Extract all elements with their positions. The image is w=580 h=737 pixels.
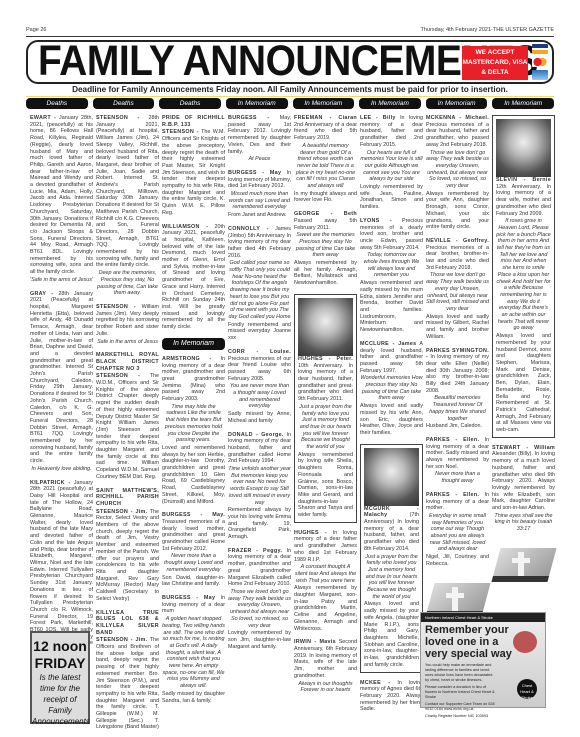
notice-signoff: Always loved and remembered by your husb…	[496, 333, 551, 433]
notice-text: In loving memory of a dear mother, grand…	[162, 356, 225, 402]
column-8: SLEVIN - Bernie 12th Anniversary. In lov…	[492, 115, 555, 596]
notice-signoff: Nigel, Jill, Courtney and Rebecca.	[426, 554, 489, 567]
notice-text: Precious memories of our dear friend Lou…	[228, 356, 291, 382]
notice-verse: Those we love don't go away They walk be…	[426, 150, 489, 190]
notice-name: STEENSON -	[96, 373, 140, 379]
notice-name: ARMSTRONG -	[162, 356, 211, 362]
notice-text: The Officers and Brethren of the above l…	[96, 637, 159, 730]
notice-name: FREEMAN - Ciaran	[294, 115, 357, 121]
notice-text: The W.D.M., Officers and Sir Knights of …	[96, 373, 159, 480]
notice-heading: MARKETHILL ROYAL BLACK DISTRICT CHAPTER …	[96, 352, 159, 372]
notice-name: STEENSON -	[96, 304, 136, 310]
payment-notice: WE ACCEPT MASTERCARD, VISA & DELTA	[462, 46, 528, 80]
column-3: PRIDE OF RICHHILL R.B.P. 133 STEENSON - …	[162, 115, 225, 711]
notice: STEWART - William Alexander (Billy). In …	[492, 445, 555, 533]
notice-text: 2nd Anniversary of a dear friend who die…	[294, 122, 357, 141]
notice-signoff: Always remembered by loving wife Sheila,…	[298, 452, 353, 518]
notice: CONNOLLY - James (Jimbo) 5th Anniversary…	[228, 226, 291, 342]
notice: NEVILLE - Geoffrey. Precious memories of…	[426, 238, 489, 341]
column-header-in-memoriam: In Memoriam	[162, 338, 225, 350]
notice: LYONS - Precious memories of a dearly lo…	[360, 218, 423, 334]
notice-signoff: Always loved and sadly missed by his wif…	[360, 403, 423, 436]
notice-signoff: Always remembered by all her family. Arm…	[294, 260, 357, 286]
notice-name: STEWART - William	[492, 445, 555, 451]
notice-signoff: Lovingly remembered by wife Jean, Paulin…	[360, 184, 423, 210]
notice: GEORGE - Beth Passed away 5th February 2…	[294, 211, 357, 287]
notice: GRAY - 28th January 2021 (Peacefully) at…	[30, 291, 93, 473]
notice-name: BURGESS -	[228, 115, 269, 121]
notice-signoff: Sadly missed by daughter Sandra, Ian & f…	[162, 691, 225, 704]
notice-verse: Missed much more than words can say Love…	[228, 191, 291, 211]
column-header-in-memoriam: In Memoriam	[492, 98, 554, 109]
notice-name: GEORGE - Beth	[294, 211, 357, 217]
notice-signoff: Always remembered by daughter Margaret, …	[294, 585, 357, 631]
notice: PARKES SYMINGTON. - In loving memory of …	[426, 348, 489, 430]
notice-signoff: Son David, daughter-in-law Christine and…	[162, 575, 225, 588]
notice-text: May, passed away 1st February 2012. Lovi…	[228, 115, 291, 155]
notice-name: STEENSON - Jim.	[96, 637, 147, 643]
notice-verse: Always in our thoughts Forever in our he…	[294, 681, 357, 694]
cross-icon	[452, 587, 458, 611]
notice-verse: A constant thought A silent tear And alw…	[294, 564, 357, 584]
cross-icon	[518, 552, 524, 576]
notice-name: MCKENNA - Michael.	[426, 115, 489, 121]
notice-verse: Safe in the arms of Jesus	[96, 339, 159, 346]
notice: MCKENNA - Michael. Precious memories of …	[426, 115, 489, 231]
notice-verse: Just a prayer from the family who love y…	[298, 404, 353, 451]
notice-verse: A golden heart stopped beating, Two will…	[162, 616, 225, 690]
deadline-time: 12 noon	[32, 638, 88, 655]
notice-signoff: In my thought always and forever love Fl…	[294, 191, 357, 204]
notice-name: NEVILLE - Geoffrey.	[426, 238, 489, 244]
portrait-photo	[496, 119, 551, 177]
notice-verse: Never more than a thought away	[426, 471, 489, 484]
portrait-photo	[298, 298, 353, 356]
notice-verse: Those we loved don't go away They walk b…	[228, 589, 291, 629]
notice-name: KILPATRICK -	[30, 480, 71, 486]
charity-advert[interactable]: Northern Ireland Chest Heart & Stroke Re…	[420, 612, 546, 708]
notice-text: (7th Anniversary) In loving memory of a …	[364, 512, 419, 552]
notice-name: PARKES - Ellen.	[426, 437, 479, 443]
page-header: Page 26 Thursday, 4th February 2021-THE …	[26, 27, 554, 37]
notice-text: The Rector, Select Vestry and Members of…	[96, 509, 159, 602]
notice: BURGESS - May. Treasured memories of a d…	[162, 512, 225, 588]
visa-icon	[532, 44, 548, 54]
notice-name: HUGHES -	[294, 530, 327, 536]
notice: MCKEE - In loving memory of Agnes died 6…	[360, 680, 423, 714]
notice-signoff: Always remembered by your wife Ann, daug…	[426, 191, 489, 231]
notice-verse: Never more than a thought away Loved and…	[162, 553, 225, 573]
notice-name: LYONS -	[360, 218, 392, 224]
notice-name: EWART -	[30, 115, 56, 121]
column-header-deaths: Deaths	[159, 98, 221, 109]
notice-verse: Those we love don't go away They walk be…	[426, 272, 489, 312]
notice-text: 28th January 2021 (Peacefully) at hospit…	[30, 291, 93, 465]
column-2: STEENSON - 28th January 2021, (Peacefull…	[96, 115, 159, 737]
notice-name: SLEVIN - Bernie	[496, 177, 551, 183]
notice: KILLYLEA TRUE BLUES LOL 638 & KILLYLEA S…	[96, 610, 159, 732]
notice-text: Precious memories of a dear husband, fat…	[426, 122, 489, 148]
notice-verse: Wonderful memories How precious they sta…	[360, 375, 423, 402]
notice-text: Alexander (Billy). In loving memory of a…	[492, 451, 555, 511]
bible-graphic	[492, 540, 555, 590]
notice-text: Precious memories of a dear brother, bro…	[426, 245, 489, 271]
notice-name: DONALD - George.	[228, 432, 284, 438]
notice: STEENSON - 28th January 2021, (Peacefull…	[96, 115, 159, 297]
notice: STEENSON - William James (Jim). Very dee…	[96, 304, 159, 345]
notice-name: FRAZER - Peggy.	[228, 548, 282, 554]
notice-verse: In Heavenly love abiding.	[30, 466, 93, 473]
charity-logo: Chest Heart & Stroke	[517, 679, 537, 699]
notice-signoff: Fondly remembered and missed everyday Jo…	[228, 322, 291, 341]
notice: MCCLURE - James A dearly loved husband, …	[360, 341, 423, 437]
notice-name: BURGESS - May	[162, 595, 215, 601]
notice-name: MCCLURE - James	[360, 341, 416, 347]
notice-name: GRAY -	[30, 291, 54, 297]
notice-verse: If roses grow in Heaven Lord, Please pic…	[496, 218, 551, 332]
notice-signoff: From Janet and Andrew.	[228, 212, 286, 218]
notice-name: CORR - Louise.	[228, 349, 291, 355]
notice-name: MCKEE -	[360, 680, 390, 686]
notice-verse: At Peace	[228, 156, 291, 163]
column-1: EWART - January 28th, 2021, (peacefully)…	[30, 115, 93, 675]
notice-text: 10th Anniversary. In loving memory of a …	[298, 363, 353, 403]
notice-verse: Our hearts are full of memories Your lov…	[360, 150, 423, 184]
notice: DONALD - George. In loving memory of my …	[228, 432, 291, 541]
dateline: Thursday, 4th February 2021-THE ULSTER G…	[421, 27, 554, 36]
notice: IRWIN - Mavis Second Anniversary, 6th Fe…	[294, 639, 357, 694]
notice: FREEMAN - Ciaran 2nd Anniversary of a de…	[294, 115, 357, 204]
notice-verse: Everyday in some small way Memories of y…	[426, 513, 489, 553]
ad-org: Northern Ireland Chest Heart & Stroke	[421, 613, 545, 622]
notice-name: CONNOLLY -	[228, 226, 269, 232]
notice-name: STEENSON -	[96, 115, 139, 121]
column-4: BURGESS - May, passed away 1st February …	[228, 115, 291, 657]
ad-contact: Contact our Supporter Care Team on 028 9…	[421, 701, 501, 713]
notice-verse: Sweet are the memories Precious they sta…	[294, 232, 357, 259]
column-5: FREEMAN - Ciaran 2nd Anniversary of a de…	[294, 115, 357, 701]
notice: PARKES - Ellen. In loving memory of a de…	[426, 492, 489, 568]
notice-signoff: Husband Jim, Caledon.	[426, 423, 482, 429]
notice-text: Passed away 5th February 2011.	[294, 218, 357, 231]
ad-body: You could help make an immediate and las…	[421, 662, 501, 684]
ad-donate: Please consider a donation in lieu of fl…	[421, 684, 501, 701]
notice-verse: Time may hide the sadness Like the smile…	[162, 404, 225, 444]
card-logos	[532, 44, 548, 80]
notice-verse: God called your name so softly That only…	[228, 260, 291, 320]
notice-name: HUGHES - Peter.	[298, 356, 353, 362]
notice-text: In loving memory of a dear mother, grand…	[228, 548, 291, 588]
notice-verse: Beautiful memories Treasured forever Of …	[426, 395, 489, 422]
notice-name: BURGESS - May.	[162, 512, 225, 518]
notice-name: STEENSON -	[162, 129, 199, 135]
notice-verse: You are never more than a thought away L…	[228, 383, 291, 410]
ad-charity-number: Charity Register Number NIC 103593	[421, 713, 501, 720]
delta-icon	[532, 70, 548, 80]
notice-name: WILLIAMSON -	[162, 224, 208, 230]
notice-signoff: Always loved and sadly missed by Gilbert…	[426, 314, 489, 340]
notice: PRIDE OF RICHHILL R.B.P. 133 STEENSON - …	[162, 115, 225, 217]
column-headers: Deaths Deaths Deaths In Memoriam In Memo…	[26, 98, 554, 109]
notice: BURGESS - May In loving memory of a dear…	[162, 595, 225, 704]
notice-signoff: Sadly missed by Anne, Micheal and family	[228, 411, 291, 424]
deadline-day: FRIDAY	[32, 655, 88, 672]
notice-signoff: Loved and remembered always by her son H…	[162, 445, 225, 505]
notice-signoff: Always loved and sadly missed by your wi…	[364, 601, 419, 667]
notice-signoff: Lovingly remembered by son Jim, daughter…	[228, 630, 291, 649]
column-header-deaths: Deaths	[93, 98, 155, 109]
mastercard-icon	[532, 57, 548, 67]
notice: LEE - Billy In loving memory of a dear h…	[360, 115, 423, 211]
notice-heading: SAINT MATTHEW'S, RICHHILL PARISH CHURCH	[96, 488, 159, 508]
notice-text: Second Anniversary, 6th February 2019. I…	[294, 639, 357, 679]
notice-text: The W.M. Officers and Sir Knights of the…	[162, 129, 225, 215]
notice: PARKES - Ellen. In loving memory of a de…	[426, 437, 489, 485]
section-banner: FAMILY ANNOUNCEMENTS WE ACCEPT MASTERCAR…	[26, 40, 554, 84]
notice: BURGESS - May, passed away 1st February …	[228, 115, 291, 163]
notice-text: Treasured memories of a dearly loved mot…	[162, 519, 225, 552]
deadline-box: 12 noon FRIDAY Is the latest time for th…	[30, 631, 90, 724]
page-number: Page 26	[26, 27, 47, 36]
book-icon	[491, 548, 556, 582]
deadline-notice: Deadline for Family Announcements Friday…	[26, 85, 554, 97]
column-6: LEE - Billy In loving memory of a dear h…	[360, 115, 423, 720]
notice-text: 12th Anniversary. In loving memory of a …	[496, 184, 551, 217]
notice: HUGHES - In loving memory of a dear fath…	[294, 530, 357, 633]
notice: BURGESS - May In loving memory of Mummy,…	[228, 170, 291, 219]
column-7: MCKENNA - Michael. Precious memories of …	[426, 115, 489, 631]
heart-icon	[513, 631, 537, 653]
notice-name: BURGESS - May	[228, 170, 281, 176]
notice-verse: Today, tomorrow our whole lives through …	[360, 252, 423, 279]
notice-name: STEENSON - Jim.	[96, 509, 147, 515]
notice-heading: KILLYLEA TRUE BLUES LOL 638 & KILLYLEA S…	[96, 610, 159, 637]
notice-text: 20th January 2021, peacefully at hospita…	[162, 224, 225, 331]
notice-with-photo: SLEVIN - Bernie 12th Anniversary. In lov…	[492, 115, 555, 438]
notice-name: PARKES - Ellen.	[426, 492, 479, 498]
notice-text: January 28th 2021 (peacefully) at Daisy …	[30, 480, 93, 654]
notice-verse: 'Safe in the arms of Jesus'	[30, 277, 93, 284]
notice: SAINT MATTHEW'S, RICHHILL PARISH CHURCH …	[96, 488, 159, 603]
notice-name: IRWIN - Mavis	[294, 639, 336, 645]
notice-text: January 28th, 2021, (peacefully) at his …	[30, 115, 93, 275]
notice: EWART - January 28th, 2021, (peacefully)…	[30, 115, 93, 284]
notice: WILLIAMSON - 20th January 2021, peaceful…	[162, 224, 225, 331]
notice: ARMSTRONG - In loving memory of a dear m…	[162, 356, 225, 505]
notice-heading: PRIDE OF RICHHILL R.B.P. 133	[162, 115, 225, 128]
notice-signoff: Always remembered and sadly missed by hi…	[360, 280, 423, 333]
column-header-in-memoriam: In Memoriam	[293, 98, 355, 109]
notice-text: In loving memory of my dear wife Ellen (…	[426, 354, 489, 394]
notice-with-photo: HUGHES - Peter. 10th Anniversary. In lov…	[294, 294, 357, 523]
notice: MARKETHILL ROYAL BLACK DISTRICT CHAPTER …	[96, 352, 159, 480]
notice-verse: Thine eyes shall see the king in his bea…	[492, 513, 555, 533]
notice-name: LEE - Billy	[360, 115, 396, 121]
notice-verse: Time unfolds another year But memories k…	[228, 466, 291, 506]
notice-verse: Just a prayer from the family who loved …	[364, 554, 419, 601]
deadline-text: Is the latest time for the receipt of Fa…	[32, 672, 88, 727]
column-header-in-memoriam: In Memoriam	[359, 98, 421, 109]
notice-signoff: Remembered always by your his loving wif…	[228, 507, 291, 540]
notice: CORR - Louise. Precious memories of our …	[228, 349, 291, 425]
portrait-photo	[364, 448, 419, 506]
notice: FRAZER - Peggy. In loving memory of a de…	[228, 548, 291, 651]
notice-verse: Deep are the memories, Precious they sta…	[96, 270, 159, 297]
notice-text: 28th January 2021, (Peacefully) at hospi…	[96, 115, 159, 268]
column-header-in-memoriam: In Memoriam	[426, 98, 488, 109]
column-header-in-memoriam: In Memoriam	[226, 98, 288, 109]
ad-title: Remember your loved one in a very specia…	[421, 622, 521, 662]
notice-verse: A beautiful memory dearer than gold Of a…	[294, 143, 357, 190]
notice-with-photo: MCGURK - Malachy (7th Anniversary) In lo…	[360, 444, 423, 673]
column-header-deaths: Deaths	[26, 98, 88, 109]
